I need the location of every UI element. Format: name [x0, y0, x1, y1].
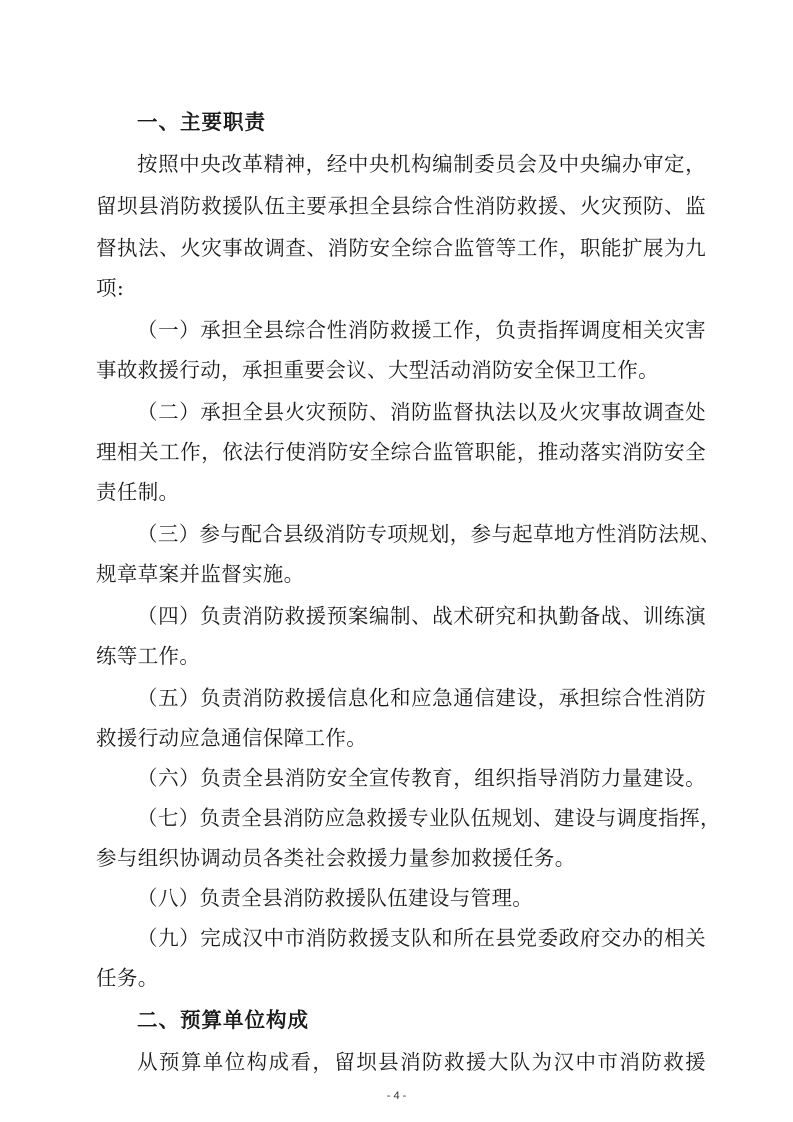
duty-item-8: （八）负责全县消防救援队伍建设与管理。 [137, 886, 747, 910]
budget-paragraph-line: 从预算单位构成看，留坝县消防救援大队为汉中市消防救援 [137, 1050, 706, 1074]
duty-item-2-cont: 责任制。 [96, 480, 706, 504]
duty-item-7: （七）负责全县消防应急救援专业队伍规划、建设与调度指挥， [137, 806, 706, 830]
intro-paragraph-line: 项: [96, 276, 706, 300]
duty-item-5-cont: 救援行动应急通信保障工作。 [96, 726, 706, 750]
duty-item-2: （二）承担全县火灾预防、消防监督执法以及火灾事故调查处 [137, 400, 706, 424]
section-heading-budget-units: 二、预算单位构成 [137, 1008, 747, 1032]
duty-item-2-cont: 理相关工作，依法行使消防安全综合监管职能，推动落实消防安全 [96, 440, 706, 464]
duty-item-4: （四）负责消防救援预案编制、战术研究和执勤备战、训练演 [137, 604, 706, 628]
duty-item-9-cont: 任务。 [96, 966, 706, 990]
document-page: 一、主要职责 按照中央改革精神，经中央机构编制委员会及中央编办审定， 留坝县消防… [0, 0, 793, 1122]
intro-paragraph-line: 督执法、火灾事故调查、消防安全综合监管等工作，职能扩展为九 [96, 236, 706, 260]
duty-item-4-cont: 练等工作。 [96, 644, 706, 668]
duty-item-1-cont: 事故救援行动，承担重要会议、大型活动消防安全保卫工作。 [96, 358, 706, 382]
duty-item-6: （六）负责全县消防安全宣传教育，组织指导消防力量建设。 [137, 766, 706, 790]
page-number: - 4 - [0, 1090, 793, 1102]
intro-paragraph-line: 留坝县消防救援队伍主要承担全县综合性消防救援、火灾预防、监 [96, 194, 706, 218]
duty-item-3-cont: 规章草案并监督实施。 [96, 562, 706, 586]
duty-item-5: （五）负责消防救援信息化和应急通信建设，承担综合性消防 [137, 686, 706, 710]
duty-item-1: （一）承担全县综合性消防救援工作，负责指挥调度相关灾害 [137, 318, 706, 342]
duty-item-9: （九）完成汉中市消防救援支队和所在县党委政府交办的相关 [137, 926, 706, 950]
duty-item-7-cont: 参与组织协调动员各类社会救援力量参加救援任务。 [96, 846, 706, 870]
section-heading-responsibilities: 一、主要职责 [137, 110, 747, 134]
duty-item-3: （三）参与配合县级消防专项规划，参与起草地方性消防法规、 [137, 522, 706, 546]
intro-paragraph-line: 按照中央改革精神，经中央机构编制委员会及中央编办审定， [137, 152, 706, 176]
